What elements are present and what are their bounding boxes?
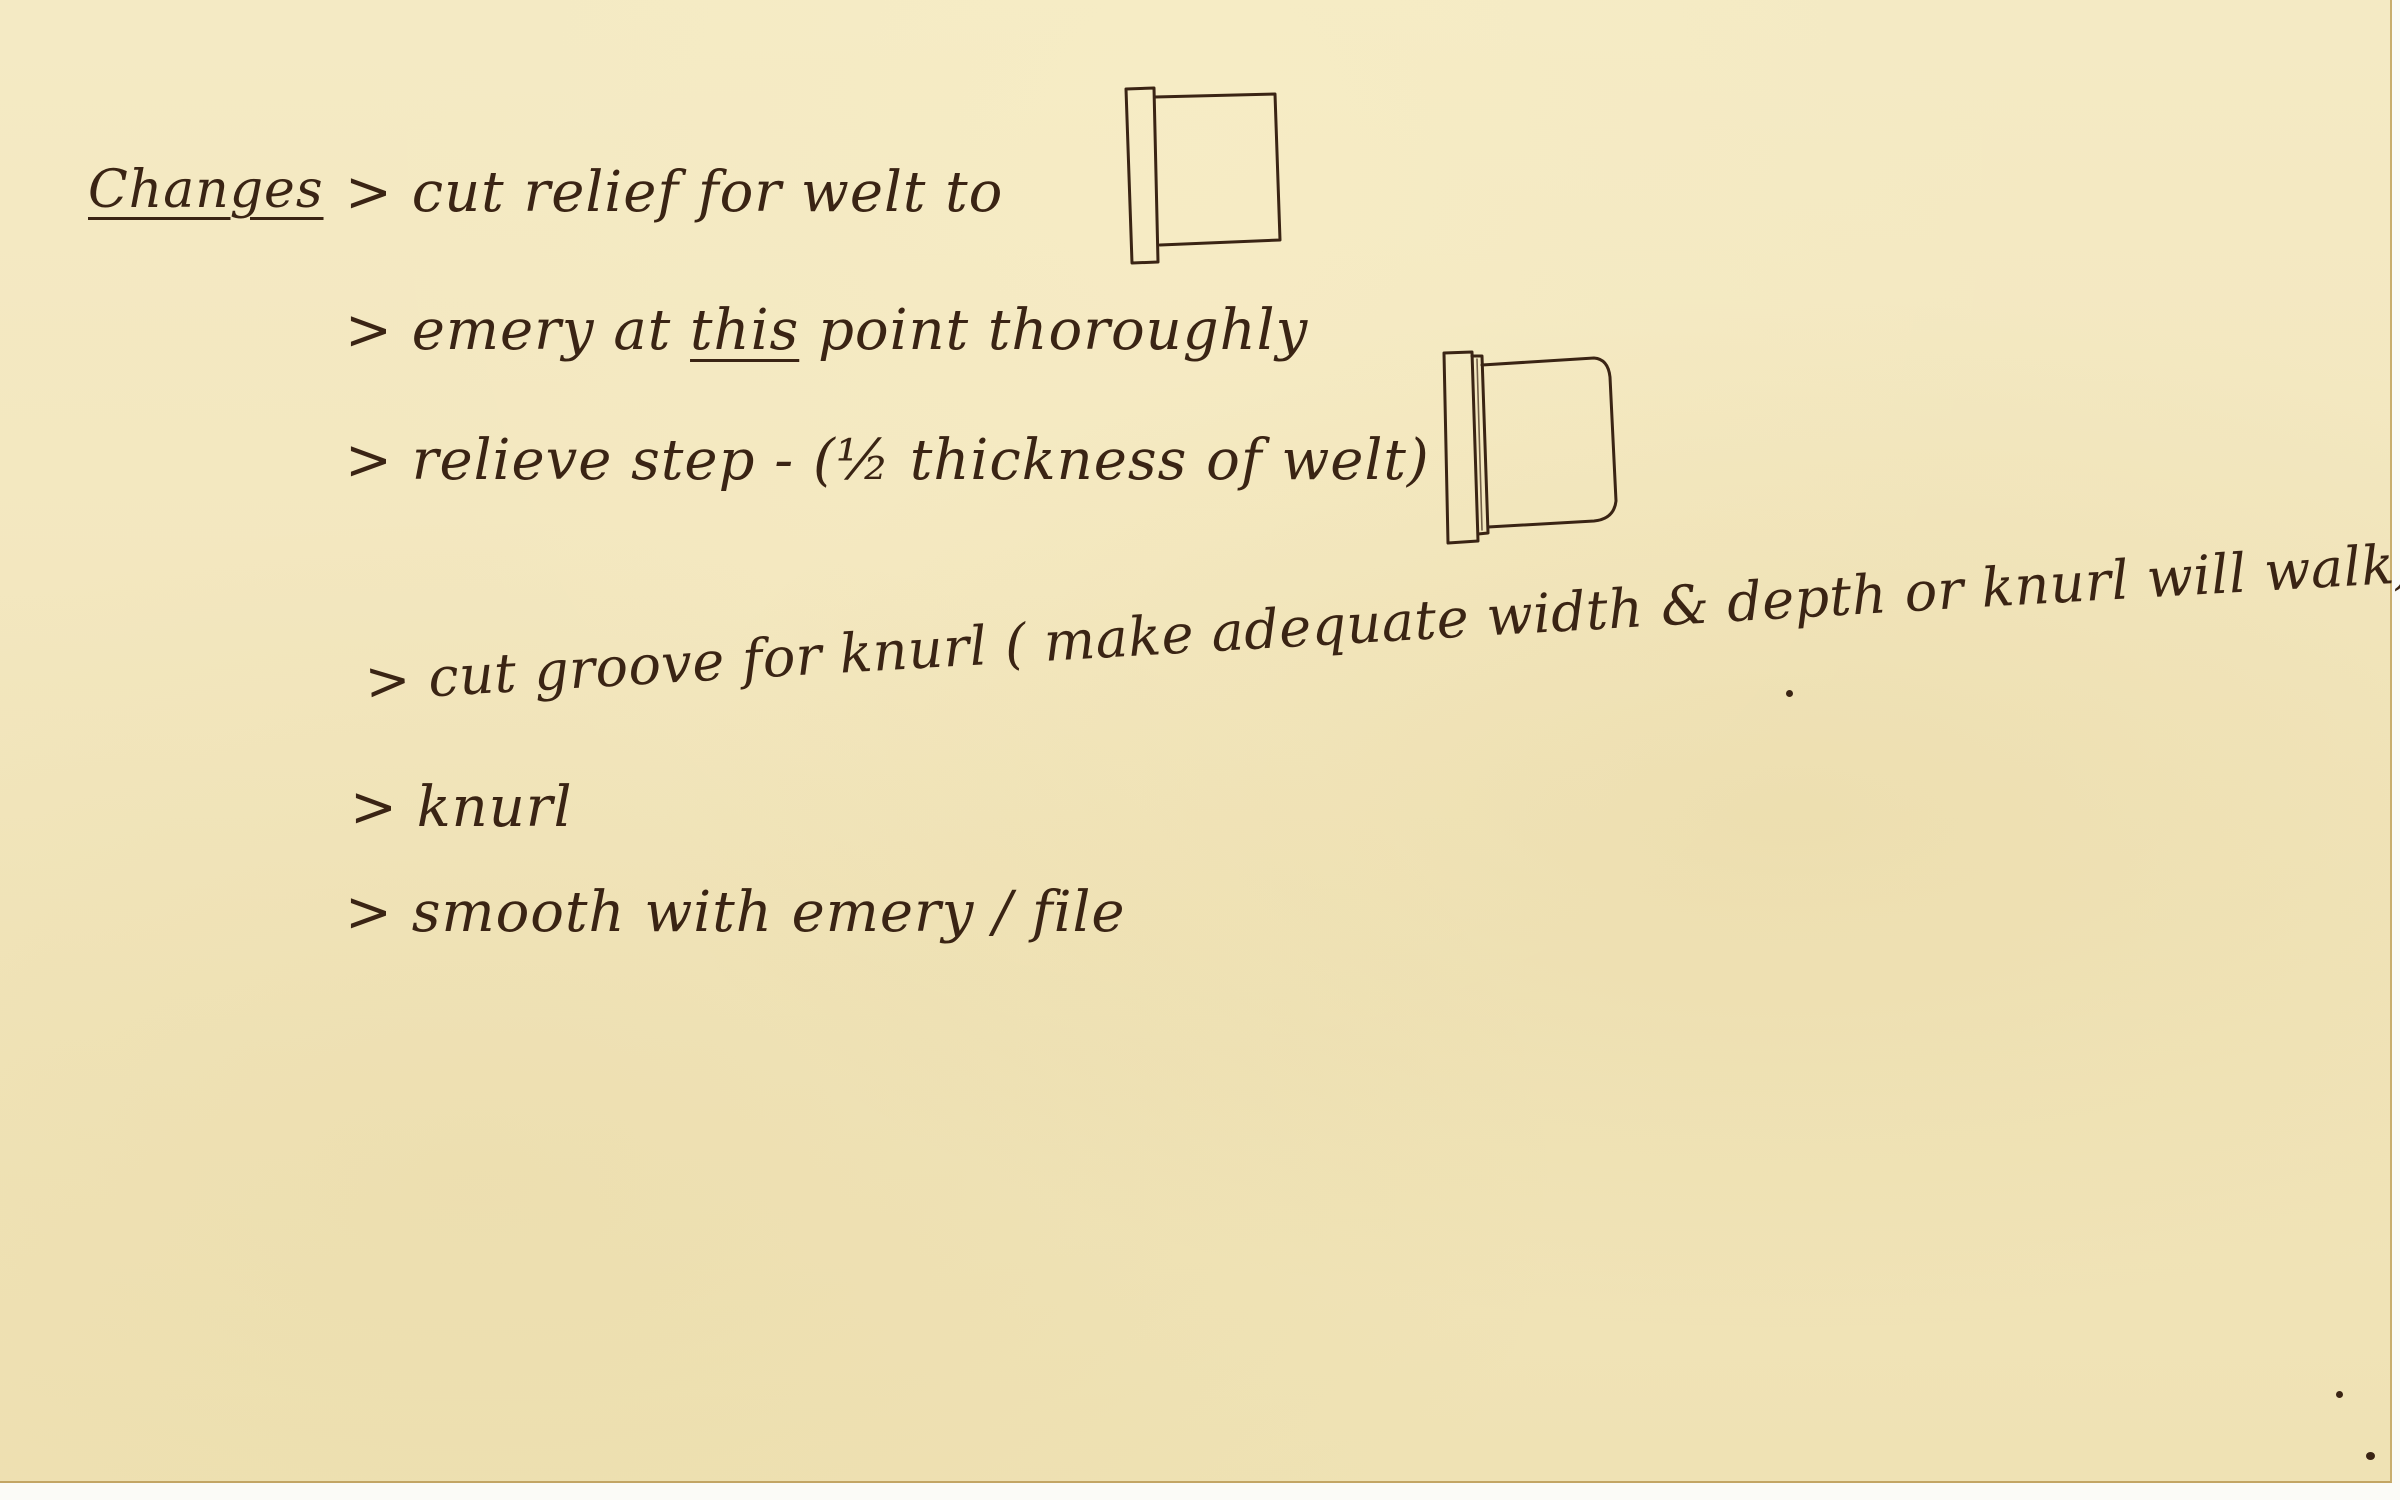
step-text: smooth with emery / file (412, 880, 1126, 945)
step-1: > cut relief for welt to (345, 160, 1003, 225)
step-marker: > (345, 428, 393, 493)
step-text-before: emery at (412, 298, 671, 363)
step-marker: > (345, 298, 393, 363)
heading-changes: Changes (88, 160, 324, 220)
step-text: relieve step - (½ thickness of welt) (412, 428, 1430, 493)
step-2: > emery at this point thoroughly (345, 298, 1308, 363)
step-4: > cut groove for knurl ( make adequate w… (363, 532, 2400, 713)
step-3: > relieve step - (½ thickness of welt) (345, 428, 1430, 493)
step-5: > knurl (350, 775, 572, 840)
ink-speck (2366, 1452, 2375, 1460)
note-card: Changes > cut relief for welt to > emery… (0, 0, 2392, 1483)
welt-relief-sketch (1118, 82, 1298, 272)
ink-speck (2336, 1391, 2343, 1398)
step-marker: > (345, 160, 393, 225)
step-marker: > (363, 647, 412, 713)
step-text-after: point thoroughly (818, 298, 1308, 363)
step-text: cut relief for welt to (412, 160, 1004, 225)
step-text: knurl (417, 775, 573, 840)
ink-speck (1786, 690, 1793, 697)
step-marker: > (350, 775, 398, 840)
step-text: cut groove for knurl ( make adequate wid… (427, 532, 2400, 709)
step-marker: > (345, 880, 393, 945)
step-6: > smooth with emery / file (345, 880, 1126, 945)
step-emphasis: this (690, 298, 799, 363)
relieved-step-sketch (1436, 345, 1626, 550)
